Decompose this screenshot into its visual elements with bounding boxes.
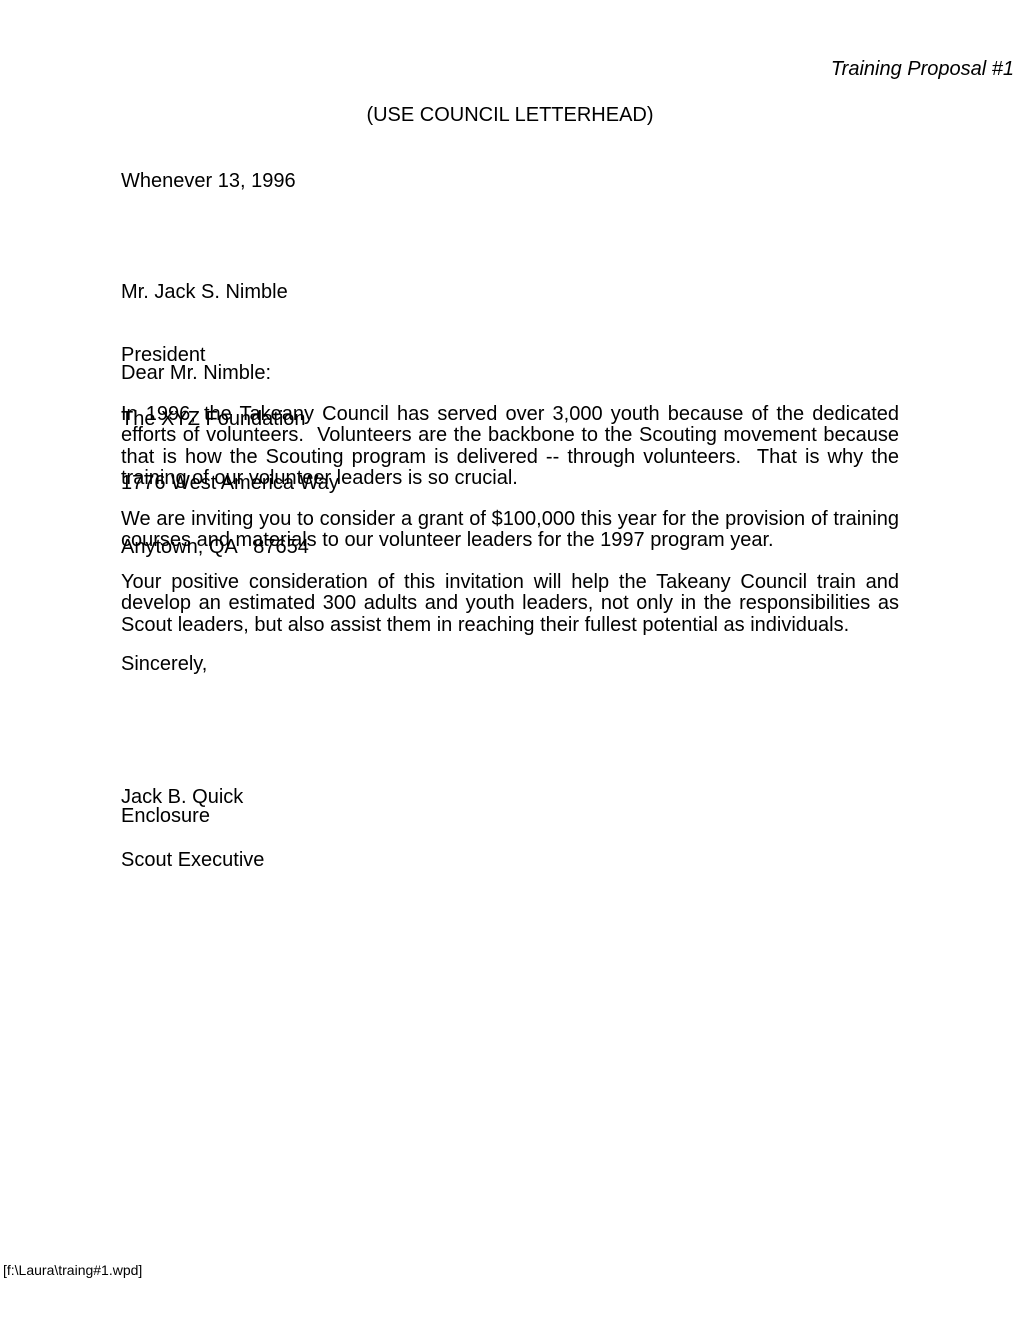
header-note: Training Proposal #1: [831, 59, 1014, 80]
signature-title: Scout Executive: [121, 850, 899, 871]
body-paragraph-2: We are inviting you to consider a grant …: [121, 509, 899, 552]
file-path-footer: [f:\Laura\traing#1.wpd]: [3, 1262, 142, 1278]
body-paragraph-1: In 1996, the Takeany Council has served …: [121, 404, 899, 489]
letterhead-placeholder: (USE COUNCIL LETTERHEAD): [0, 105, 1020, 126]
letter-page: Training Proposal #1 (USE COUNCIL LETTER…: [0, 0, 1020, 1320]
closing-line: Sincerely,: [121, 654, 899, 675]
signature-name: Jack B. Quick: [121, 787, 899, 808]
body-paragraph-3: Your positive consideration of this invi…: [121, 572, 899, 636]
recipient-name-line: Mr. Jack S. Nimble: [121, 282, 899, 303]
date-line: Whenever 13, 1996: [121, 171, 899, 192]
enclosure-note: Enclosure: [121, 806, 899, 827]
salutation: Dear Mr. Nimble:: [121, 363, 899, 384]
signature-block: Jack B. Quick Scout Executive: [121, 744, 899, 914]
